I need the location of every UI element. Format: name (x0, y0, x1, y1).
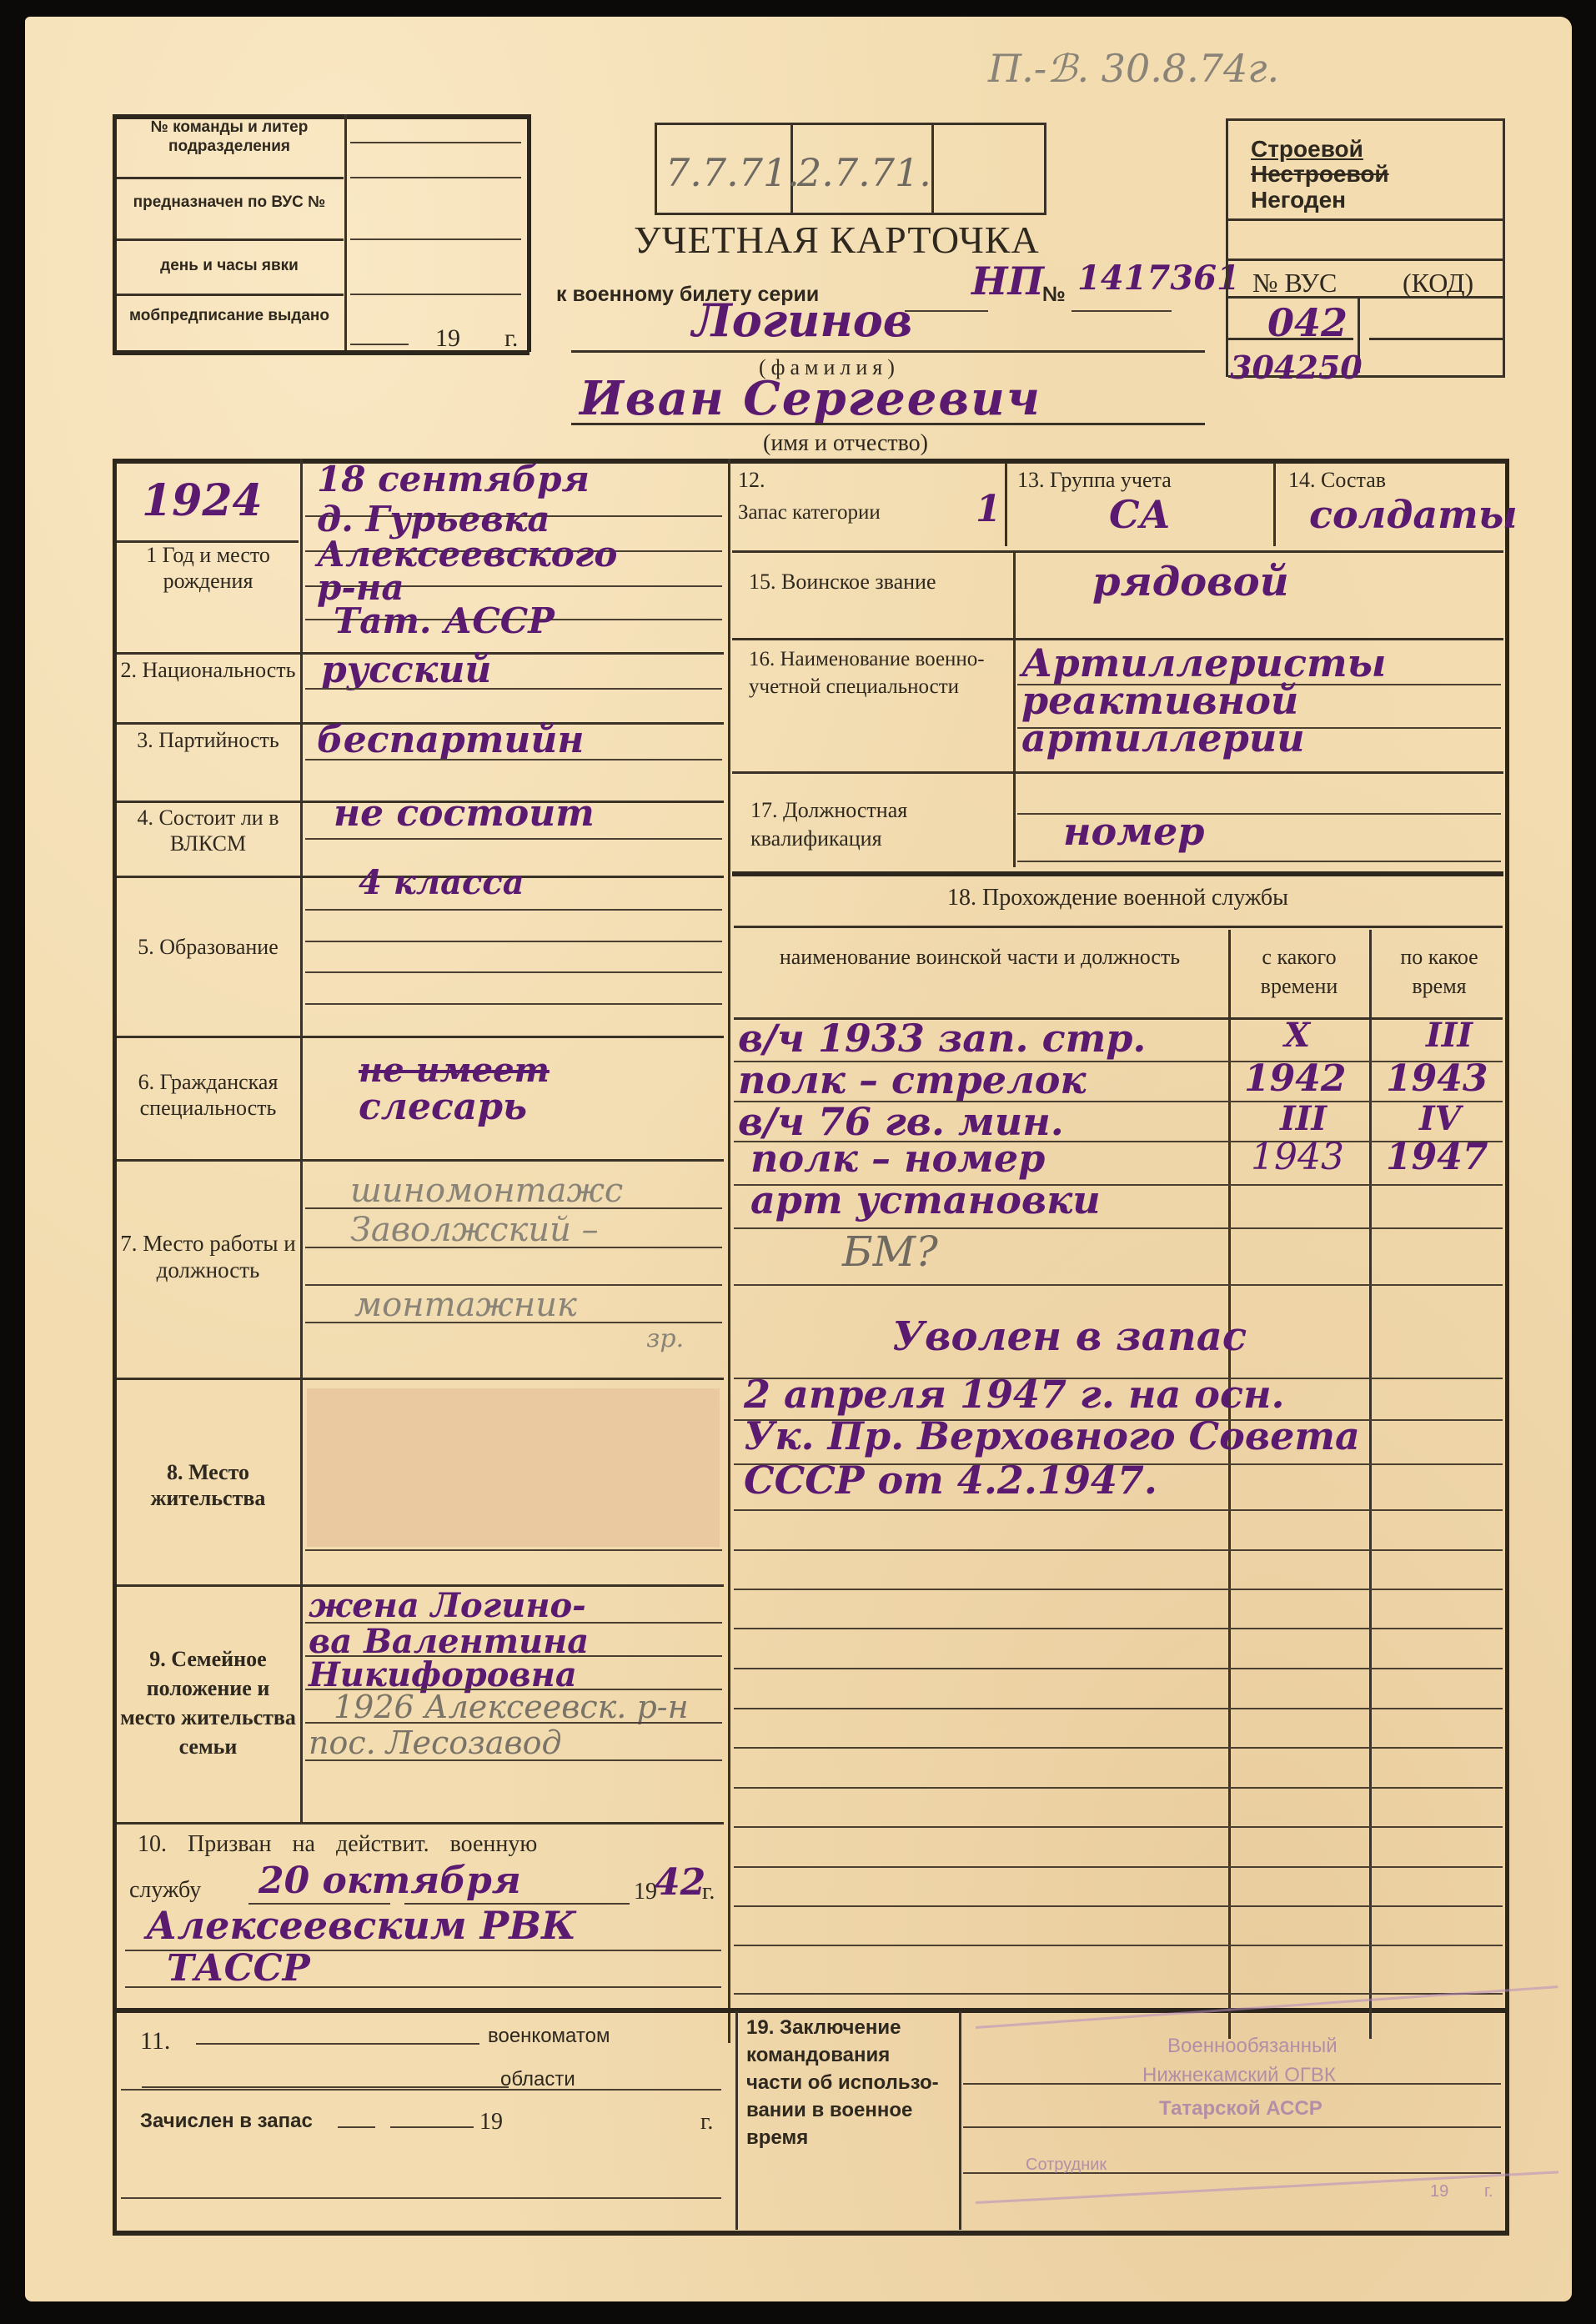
reserve-year-prefix: 19 (479, 2108, 503, 2136)
education-label: 5. Образо­вание (118, 934, 298, 960)
stamp-frame-bottom (976, 2171, 1558, 2204)
workplace-line-4: зр. (646, 1324, 684, 1353)
command-conclusion-label: 19. Заключе­ние командо­вания части об и… (746, 2014, 951, 2152)
birth-label: 1 Год и место рождения (118, 542, 298, 594)
service-row-from: X (1284, 1016, 1310, 1055)
bottom-section-divider (117, 2008, 1508, 2013)
service-history-title: 18. Прохождение военной службы (732, 884, 1503, 912)
education-value: 4 класса (359, 863, 524, 902)
col-header-unit: наименование воинской части и должность (738, 942, 1222, 971)
reserve-label: Зачислен в запас (140, 2110, 313, 2134)
family-line-1: жена Логино- (309, 1586, 586, 1625)
main-table-right-border (1505, 459, 1509, 2233)
header-mob-year-prefix: 19 (435, 324, 460, 354)
header-row-vus-label: предназначен по ВУС № (121, 193, 338, 213)
military-id-number-label: № (1042, 282, 1066, 307)
voenkomat-label: военкоматом (488, 2025, 610, 2049)
service-row-unit: арт установки (750, 1177, 1101, 1222)
service-row-to: IV (1419, 1099, 1461, 1138)
vus-name-line-3: артиллерии (1021, 715, 1305, 760)
workplace-line-1: шиномонтажс (350, 1172, 623, 1210)
col-header-from: с какого времени (1232, 942, 1366, 1001)
birth-year: 1924 (142, 475, 263, 526)
conscription-office-2: ТАССР (167, 1947, 310, 1990)
account-group-label: 13. Группа учета (1017, 467, 1172, 493)
military-id-number: 1417361 (1077, 259, 1240, 298)
komsomol-label: 4. Состоит ли в ВЛКСМ (118, 805, 298, 856)
service-row-from: 1943 (1251, 1136, 1344, 1178)
qualification-label: 17. Должностная квалификация (750, 796, 1001, 853)
rank-value: рядовой (1092, 559, 1289, 605)
reserve-category-value: 1 (976, 488, 1001, 530)
komsomol-value: не состоит (334, 792, 595, 835)
service-row-from: III (1280, 1099, 1327, 1138)
composition-label: 14. Состав (1288, 467, 1386, 493)
stamp-line-1: Военнообязанный (1167, 2035, 1338, 2058)
rank-label: 15. Воинское звание (749, 567, 999, 597)
residence-label: 8. Место жительства (118, 1459, 298, 1511)
conscription-date: 20 октября (258, 1860, 521, 1902)
header-row-mob-label: мобпредписание выдано (121, 307, 338, 326)
main-table-left-border (113, 459, 117, 2233)
fitness-option-fit: Строевой (1251, 135, 1363, 163)
service-row-to: III (1426, 1016, 1473, 1055)
surname-value: Логинов (692, 294, 912, 347)
family-line-4: 1926 Алексеевск. р-н (334, 1689, 689, 1725)
conscription-label-2: службу (129, 1876, 201, 1905)
header-row-team-label: № команды и литер подразделения (121, 118, 338, 157)
code-label: (КОД) (1403, 267, 1473, 299)
top-pencil-note: П.-ℬ. 30.8.74г. (988, 46, 1279, 91)
discharge-line-1: Уволен в запас (892, 1313, 1247, 1360)
service-row-to: 1943 (1386, 1057, 1488, 1100)
main-table-bottom-border (113, 2231, 1509, 2236)
service-row-from: 1942 (1244, 1057, 1346, 1100)
code-value: 304250 (1230, 349, 1363, 386)
reserve-category-num: 12. (738, 467, 765, 493)
vus-name-label: 16. Наименова­ние военно-учет­ной специа… (749, 646, 999, 700)
voenkomat-number: 11. (140, 2026, 170, 2056)
name-patronymic-value: Иван Сергеевич (580, 371, 1041, 426)
conscription-year-suffix: г. (702, 1878, 715, 1906)
header-mob-year-suffix: г. (504, 324, 518, 354)
conscription-year: 42 (655, 1861, 705, 1904)
vus-value: 042 (1267, 300, 1348, 345)
center-divider (728, 459, 730, 2043)
discharge-line-3: Ук. Пр. Верховного Совета (744, 1413, 1360, 1458)
civil-specialty-label: 6. Граждан­ская специ­альность (118, 1069, 298, 1121)
party-label: 3. Партий­ность (118, 727, 298, 753)
name-patronymic-caption: (имя и отчество) (763, 429, 928, 458)
conscription-year-prefix: 19 (634, 1878, 657, 1906)
workplace-line-2: Заволжский – (350, 1211, 599, 1249)
civil-specialty-value: слесарь (359, 1086, 527, 1128)
conscription-label-1: 10. Призван на действит. военную (138, 1830, 537, 1859)
stamp-footer: Сотрудник (1026, 2156, 1107, 2175)
military-id-series: НП (971, 259, 1044, 304)
workplace-label: 7. Место работы и должность (118, 1230, 298, 1284)
fitness-option-limited: Нестроевой (1251, 160, 1389, 188)
fitness-option-unfit: Негоден (1251, 186, 1346, 214)
workplace-line-3: монтажник (354, 1286, 577, 1324)
birth-line-1: 18 сентября (317, 459, 590, 499)
discharge-line-4: СССР от 4.2.1947. (744, 1458, 1157, 1503)
stamp-line-3: Татарской АССР (1159, 2097, 1322, 2121)
reserve-category-label: Запас категории (738, 500, 881, 525)
nationality-label: 2. Националь­ность (118, 657, 298, 683)
stamp-line-2: Нижнекамский ОГВК (1142, 2064, 1336, 2087)
account-group-value: СА (1109, 492, 1171, 537)
registration-card: П.-ℬ. 30.8.74г. № команды и литер подраз… (25, 17, 1572, 2301)
civil-specialty-struck: не имеет (359, 1051, 550, 1090)
nationality-value: русский (321, 649, 491, 691)
stamp-year-prefix: 19 (1430, 2182, 1448, 2201)
service-row-to: 1947 (1386, 1136, 1488, 1178)
family-line-5: пос. Лесозавод (309, 1724, 562, 1761)
residence-redacted-area (307, 1388, 720, 1547)
vus-label: № ВУС (1252, 267, 1337, 299)
stamp-date-2: 2.7.71. (797, 150, 931, 195)
service-row-unit: в/ч 1933 зап. стр. (738, 1016, 1146, 1061)
col-header-to: по какое время (1373, 942, 1505, 1001)
birth-line-5: Тат. АССР (334, 600, 555, 641)
service-row-unit: полк – номер (750, 1136, 1045, 1181)
family-label: 9. Семейное положение и место жительства… (118, 1644, 298, 1761)
stamp-date-1: 7.7.71. (665, 150, 800, 195)
service-row-unit: полк – стрелок (738, 1057, 1087, 1102)
party-value: беспартийн (317, 719, 584, 761)
page-title: УЧЕТНАЯ КАРТОЧКА (634, 217, 1040, 263)
conscription-office-1: Алексеевским РВК (146, 1903, 576, 1948)
composition-value: солдаты (1309, 492, 1518, 537)
service-row-unit-pencil: БМ? (842, 1227, 938, 1276)
stamp-year-suffix: г. (1484, 2182, 1493, 2201)
header-row-arrival-label: день и часы явки (121, 257, 338, 276)
reserve-year-suffix: г. (700, 2108, 713, 2136)
qualification-value: номер (1063, 809, 1204, 854)
discharge-line-2: 2 апреля 1947 г. на осн. (744, 1372, 1285, 1417)
left-label-divider (300, 459, 303, 1822)
